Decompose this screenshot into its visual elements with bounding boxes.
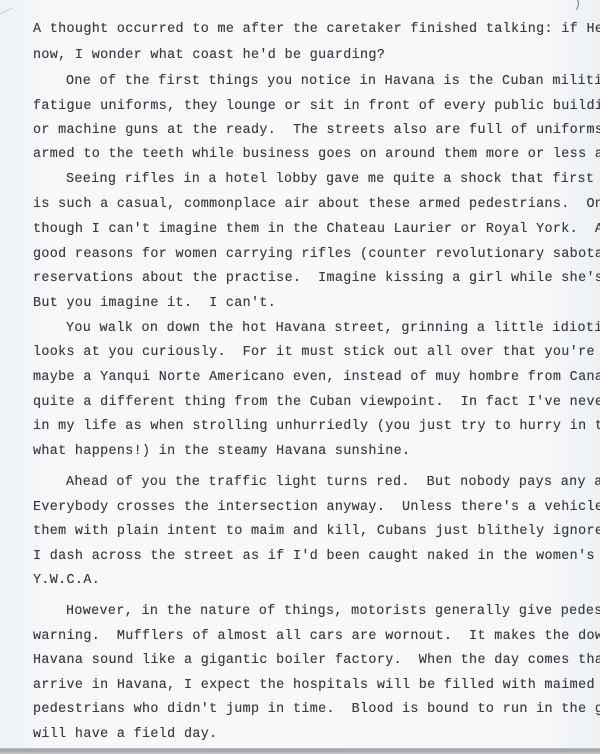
text-line: But you imagine it. I can't. [33, 296, 276, 312]
text-line: now, I wonder what coast he'd be guardin… [33, 48, 385, 64]
text-line: fatigue uniforms, they lounge or sit in … [33, 99, 600, 115]
text-line: what happens!) in the steamy Havana suns… [33, 444, 410, 460]
text-line: One of the first things you notice in Ha… [66, 74, 600, 90]
paper-corner-mark [0, 7, 13, 14]
text-line: Ahead of you the traffic light turns red… [66, 475, 600, 491]
text-line: is such a casual, commonplace air about … [33, 197, 600, 213]
text-line: reservations about the practise. Imagine… [33, 271, 600, 287]
text-line: though I can't imagine them in the Chate… [33, 222, 600, 238]
page-number-mark: ) [573, 0, 581, 12]
text-line: in my life as when strolling unhurriedly… [33, 419, 600, 435]
text-line: quite a different thing from the Cuban v… [33, 395, 600, 411]
text-line: A thought occurred to me after the caret… [33, 22, 600, 38]
text-line: Everybody crosses the intersection anywa… [33, 500, 600, 516]
text-line: maybe a Yanqui Norte Americano even, ins… [33, 370, 600, 386]
paper-bottom-edge [0, 748, 600, 754]
text-line: armed to the teeth while business goes o… [33, 147, 600, 163]
text-line: them with plain intent to maim and kill,… [33, 524, 600, 540]
text-line: You walk on down the hot Havana street, … [66, 321, 600, 337]
text-line: Seeing rifles in a hotel lobby gave me q… [66, 172, 600, 188]
text-line: good reasons for women carrying rifles (… [33, 247, 600, 263]
typewritten-page: ) A thought occurred to me after the car… [0, 0, 600, 749]
text-line: I dash across the street as if I'd been … [33, 549, 600, 565]
text-line: However, in the nature of things, motori… [66, 604, 600, 620]
text-line: warning. Mufflers of almost all cars are… [33, 629, 600, 645]
text-line: will have a field day. [33, 727, 218, 743]
text-line: or machine guns at the ready. The street… [33, 123, 600, 139]
text-line: arrive in Havana, I expect the hospitals… [33, 678, 600, 694]
text-line: looks at you curiously. For it must stic… [33, 345, 600, 361]
text-line: pedestrians who didn't jump in time. Blo… [33, 702, 600, 718]
text-line: Havana sound like a gigantic boiler fact… [33, 653, 600, 669]
text-line: Y.W.C.A. [33, 573, 100, 589]
